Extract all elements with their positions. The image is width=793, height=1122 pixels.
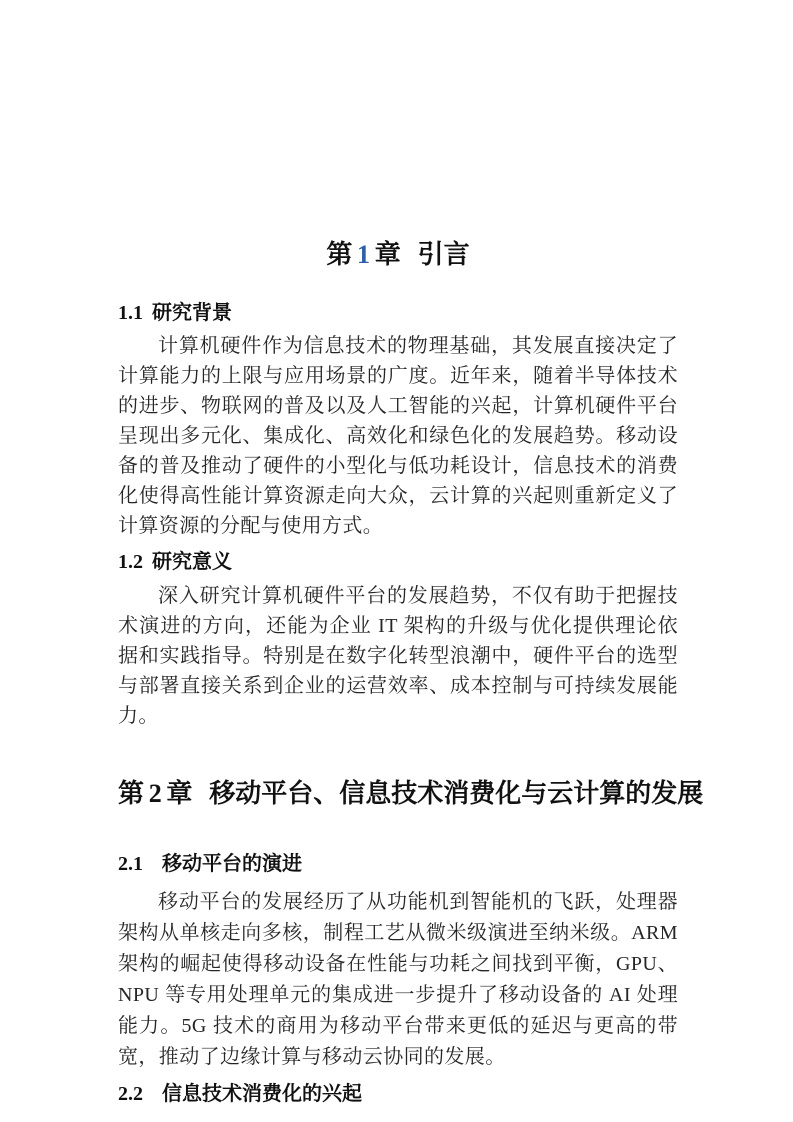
chapter-2-title: 第2章移动平台、信息技术消费化与云计算的发展 xyxy=(118,777,678,809)
chapter-1-number: 1 xyxy=(357,240,370,269)
section-heading-1-1: 1.1研究背景 xyxy=(118,301,678,325)
document-content: 第1章引言 1.1研究背景 计算机硬件作为信息技术的物理基础，其发展直接决定了计… xyxy=(118,0,678,1106)
section-1-2-title: 研究意义 xyxy=(152,551,232,573)
section-heading-1-2: 1.2研究意义 xyxy=(118,550,678,574)
section-1-1-title: 研究背景 xyxy=(152,302,232,324)
document-page: 第1章引言 1.1研究背景 计算机硬件作为信息技术的物理基础，其发展直接决定了计… xyxy=(0,0,793,1122)
chapter-2-suffix: 章 xyxy=(166,778,192,808)
section-heading-2-1: 2.1移动平台的演进 xyxy=(118,852,678,876)
paragraph-mobile-platform-evolution: 移动平台的发展经历了从功能机到智能机的飞跃，处理器架构从单核走向多核，制程工艺从… xyxy=(118,887,678,1073)
chapter-1-prefix: 第 xyxy=(326,239,352,269)
section-2-1-number: 2.1 xyxy=(118,853,143,875)
section-2-2-number: 2.2 xyxy=(118,1083,143,1105)
chapter-1-title: 第1章引言 xyxy=(118,238,678,270)
section-1-2-number: 1.2 xyxy=(118,551,143,573)
paragraph-research-significance: 深入研究计算机硬件平台的发展趋势，不仅有助于把握技术演进的方向，还能为企业 IT… xyxy=(118,581,678,731)
chapter-1-name: 引言 xyxy=(418,239,470,269)
section-heading-2-2: 2.2信息技术消费化的兴起 xyxy=(118,1082,678,1106)
chapter-2-number: 2 xyxy=(149,779,162,808)
chapter-2-prefix: 第 xyxy=(118,778,144,808)
section-2-2-title: 信息技术消费化的兴起 xyxy=(162,1083,362,1105)
section-2-1-title: 移动平台的演进 xyxy=(162,853,302,875)
section-1-1-number: 1.1 xyxy=(118,302,143,324)
paragraph-research-background: 计算机硬件作为信息技术的物理基础，其发展直接决定了计算能力的上限与应用场景的广度… xyxy=(118,331,678,541)
chapter-1-suffix: 章 xyxy=(375,239,401,269)
chapter-2-name: 移动平台、信息技术消费化与云计算的发展 xyxy=(209,778,703,808)
